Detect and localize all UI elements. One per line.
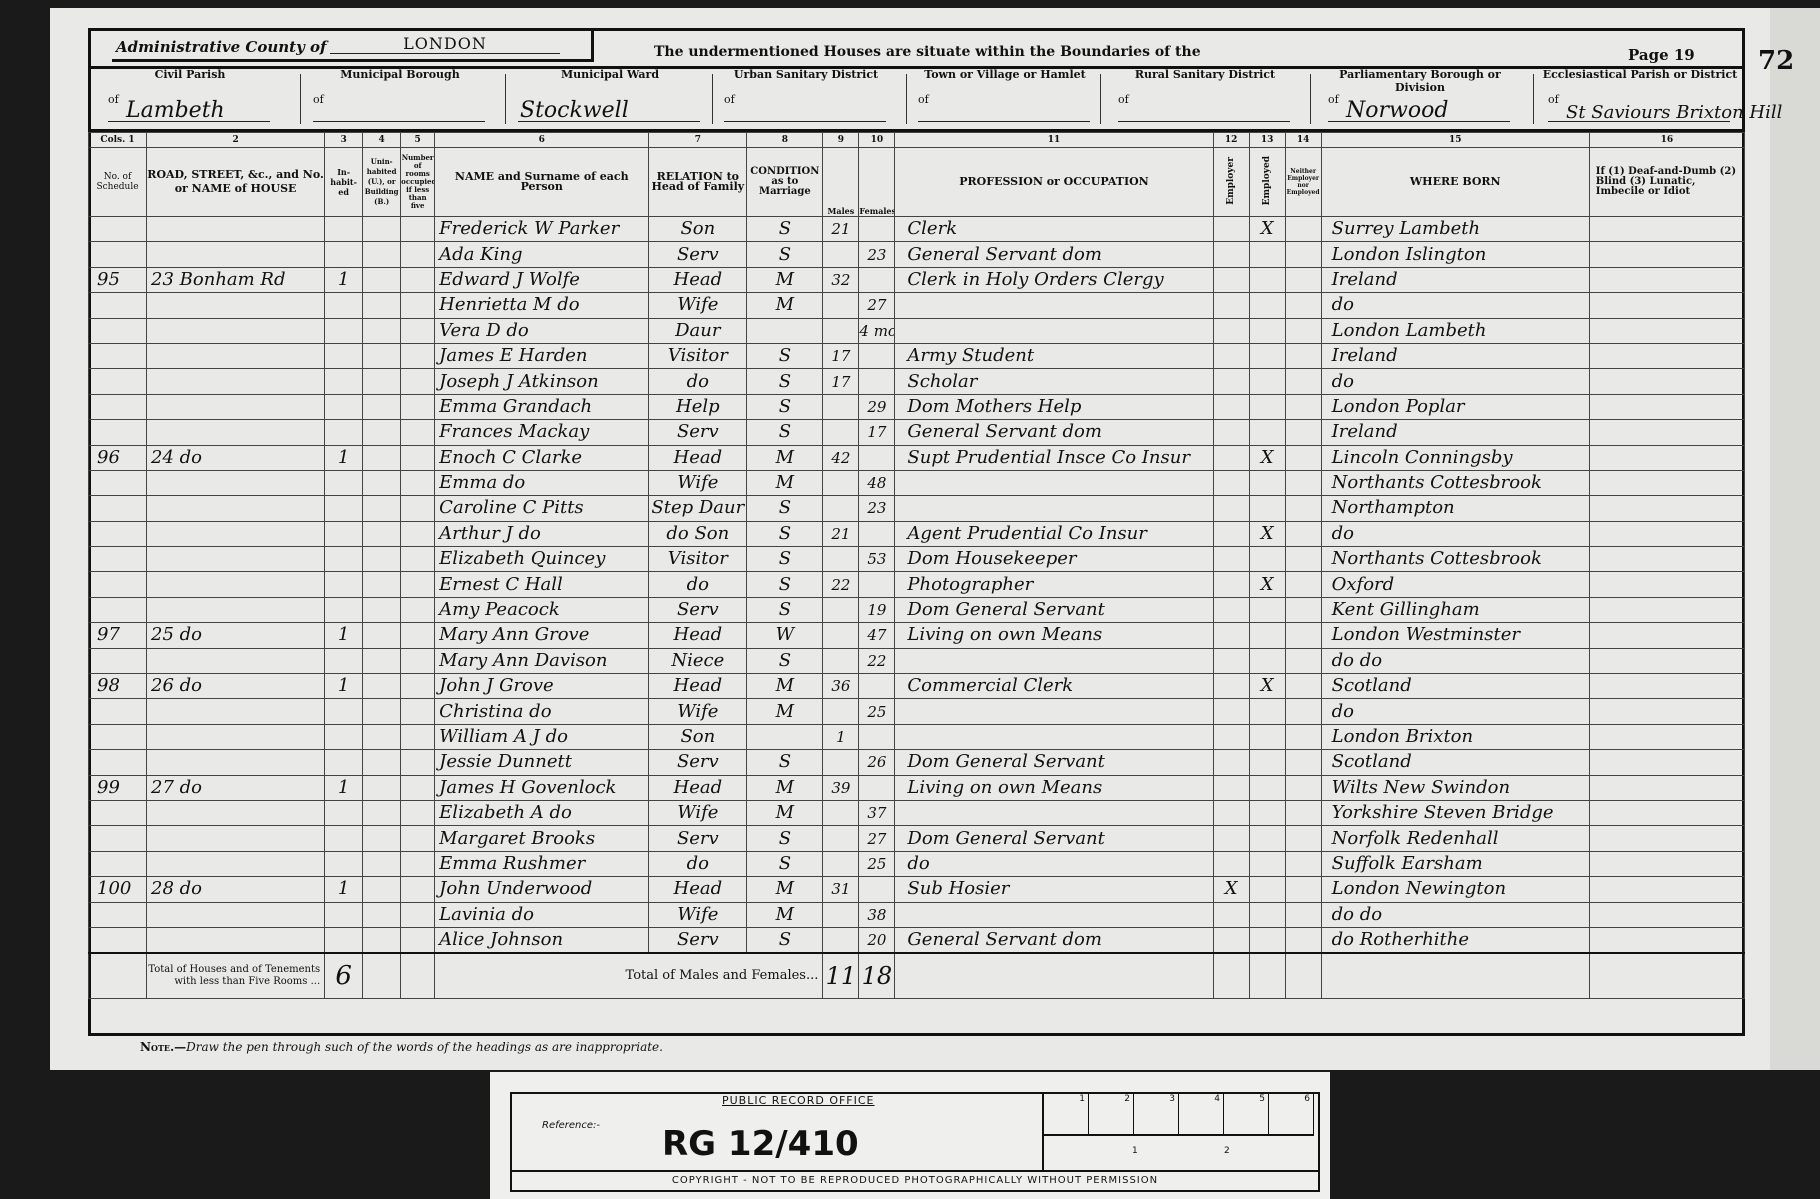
cell-occ: Agent Prudential Co Insur: [895, 521, 1213, 546]
boundaries-heading: The undermentioned Houses are situate wi…: [654, 44, 1201, 60]
cell-empty: [1589, 775, 1744, 800]
cell-c12: [1213, 242, 1249, 267]
cell-occ: [895, 724, 1213, 749]
cell-c13: [1249, 496, 1285, 521]
cell-cond: S: [747, 242, 823, 267]
cell-name: Edward J Wolfe: [435, 267, 649, 292]
page-number: Page 19: [1628, 46, 1695, 64]
cell-c12: [1213, 521, 1249, 546]
table-row: Emma RushmerdoS25doSuffolk Earsham: [89, 851, 1745, 876]
cell-cond: S: [747, 826, 823, 851]
cell-born: Northants Cottesbrook: [1321, 547, 1589, 572]
cell-rel: Serv: [649, 927, 747, 953]
cell-female: 47: [859, 623, 895, 648]
division-ecclesiastical: Ecclesiastical Parish or District ofSt S…: [1540, 68, 1740, 128]
cell-empty: [401, 927, 435, 953]
cell-born: do: [1321, 521, 1589, 546]
cell-male: [823, 496, 859, 521]
cell-sched: [89, 369, 147, 394]
cell-occ: Living on own Means: [895, 623, 1213, 648]
cell-c13: [1249, 242, 1285, 267]
cell-occ: Dom Mothers Help: [895, 394, 1213, 419]
cell-empty: [401, 851, 435, 876]
cell-empty: [363, 800, 401, 825]
cell-empty: [363, 902, 401, 927]
cell-male: [823, 597, 859, 622]
cell-cond: [747, 724, 823, 749]
cell-born: London Westminster: [1321, 623, 1589, 648]
cell-road: [147, 394, 325, 419]
cell-rel: Head: [649, 267, 747, 292]
cell-sched: 99: [89, 775, 147, 800]
cell-inh: [325, 318, 363, 343]
cell-female: [859, 217, 895, 242]
cell-occ: [895, 470, 1213, 495]
cell-empty: [363, 293, 401, 318]
cell-female: 27: [859, 826, 895, 851]
cell-female: [859, 724, 895, 749]
cell-cond: M: [747, 674, 823, 699]
cell-road: [147, 648, 325, 673]
cell-c12: [1213, 648, 1249, 673]
cell-cond: S: [747, 369, 823, 394]
cell-c13: [1249, 597, 1285, 622]
cell-born: do Rotherhithe: [1321, 927, 1589, 953]
cell-female: [859, 775, 895, 800]
cell-empty: [1589, 445, 1744, 470]
cell-female: 53: [859, 547, 895, 572]
cell-born: London Brixton: [1321, 724, 1589, 749]
table-row: Mary Ann DavisonNieceS22do do: [89, 648, 1745, 673]
cell-cond: S: [747, 521, 823, 546]
cell-occ: [895, 699, 1213, 724]
cell-empty: [1589, 623, 1744, 648]
cell-male: [823, 547, 859, 572]
cell-male: 17: [823, 343, 859, 368]
cell-empty: [363, 445, 401, 470]
cell-road: 25 do: [147, 623, 325, 648]
cell-c12: [1213, 826, 1249, 851]
cell-c13: [1249, 394, 1285, 419]
header-road: ROAD, STREET, &c., and No. or NAME of HO…: [147, 148, 325, 217]
cell-c13: [1249, 927, 1285, 953]
cell-sched: [89, 902, 147, 927]
header-where-born: WHERE BORN: [1321, 148, 1589, 217]
cell-road: [147, 318, 325, 343]
cell-c14: [1285, 547, 1321, 572]
cell-born: Wilts New Swindon: [1321, 775, 1589, 800]
cell-c13: [1249, 775, 1285, 800]
table-row: 9725 do1Mary Ann GroveHeadW47Living on o…: [89, 623, 1745, 648]
cell-name: James H Govenlock: [435, 775, 649, 800]
cell-rel: Serv: [649, 826, 747, 851]
cell-rel: Wife: [649, 800, 747, 825]
cell-occ: General Servant dom: [895, 242, 1213, 267]
cell-rel: Visitor: [649, 343, 747, 368]
cell-male: 36: [823, 674, 859, 699]
cell-occ: Dom General Servant: [895, 597, 1213, 622]
header-inhabited: In-habit-ed: [325, 148, 363, 217]
cell-c14: [1285, 750, 1321, 775]
page-margin: [1770, 8, 1820, 1070]
cell-road: [147, 420, 325, 445]
cell-cond: S: [747, 547, 823, 572]
cell-name: Ada King: [435, 242, 649, 267]
municipal-ward-value: Stockwell: [520, 98, 629, 123]
civil-parish-value: Lambeth: [126, 98, 225, 123]
cell-empty: [363, 242, 401, 267]
cell-empty: [401, 496, 435, 521]
cell-female: 26: [859, 750, 895, 775]
table-row: Emma doWifeM48Northants Cottesbrook: [89, 470, 1745, 495]
cell-c14: [1285, 877, 1321, 902]
header-occupation: PROFESSION or OCCUPATION: [895, 148, 1213, 217]
cell-name: Jessie Dunnett: [435, 750, 649, 775]
cell-c12: [1213, 775, 1249, 800]
cell-inh: [325, 572, 363, 597]
division-rural-sanitary: Rural Sanitary District of: [1110, 68, 1300, 128]
cell-rel: Head: [649, 775, 747, 800]
cell-empty: [401, 750, 435, 775]
cell-c14: [1285, 826, 1321, 851]
cell-male: [823, 470, 859, 495]
cell-rel: Serv: [649, 420, 747, 445]
cell-empty: [1589, 293, 1744, 318]
division-parliamentary: Parliamentary Borough or Division ofNorw…: [1320, 68, 1520, 128]
cell-occ: Dom General Servant: [895, 750, 1213, 775]
reference-code: RG 12/410: [662, 1124, 859, 1164]
cell-rel: Help: [649, 394, 747, 419]
cell-empty: [401, 267, 435, 292]
census-table: Cols. 12345 678910 111213141516 No. of S…: [88, 132, 1745, 999]
cell-sched: [89, 927, 147, 953]
cell-cond: M: [747, 699, 823, 724]
cell-c14: [1285, 470, 1321, 495]
cell-sched: [89, 242, 147, 267]
cell-empty: [401, 521, 435, 546]
cell-inh: [325, 470, 363, 495]
cell-cond: S: [747, 648, 823, 673]
cell-c13: [1249, 293, 1285, 318]
cell-male: [823, 394, 859, 419]
ecclesiastical-value: St Saviours Brixton Hill: [1566, 102, 1782, 123]
cell-sched: [89, 496, 147, 521]
table-row: Elizabeth QuinceyVisitorS53Dom Housekeep…: [89, 547, 1745, 572]
cell-female: 20: [859, 927, 895, 953]
cell-road: [147, 217, 325, 242]
cell-female: [859, 369, 895, 394]
cell-occ: do: [895, 851, 1213, 876]
cell-occ: Dom General Servant: [895, 826, 1213, 851]
cell-sched: [89, 217, 147, 242]
copyright-notice: COPYRIGHT - NOT TO BE REPRODUCED PHOTOGR…: [512, 1170, 1318, 1190]
cell-c12: [1213, 369, 1249, 394]
houses-total-label: Total of Houses and of Tenements with le…: [147, 953, 325, 999]
cell-road: 28 do: [147, 877, 325, 902]
cell-inh: [325, 750, 363, 775]
cell-female: 25: [859, 699, 895, 724]
cell-empty: [363, 470, 401, 495]
cell-empty: [1589, 572, 1744, 597]
cell-c12: [1213, 623, 1249, 648]
cell-sched: [89, 470, 147, 495]
table-row: Frances MackayServS17General Servant dom…: [89, 420, 1745, 445]
cell-inh: [325, 800, 363, 825]
cell-sched: 96: [89, 445, 147, 470]
cell-c13: X: [1249, 521, 1285, 546]
cell-name: Emma Rushmer: [435, 851, 649, 876]
cell-empty: [1589, 470, 1744, 495]
header-females: Females: [859, 148, 895, 217]
cell-rel: Serv: [649, 242, 747, 267]
cell-road: [147, 547, 325, 572]
cell-born: London Lambeth: [1321, 318, 1589, 343]
cell-female: [859, 343, 895, 368]
cell-female: 29: [859, 394, 895, 419]
cell-born: Lincoln Conningsby: [1321, 445, 1589, 470]
cell-inh: [325, 851, 363, 876]
cell-empty: [363, 267, 401, 292]
cell-cond: M: [747, 293, 823, 318]
cell-c14: [1285, 927, 1321, 953]
cell-c13: X: [1249, 217, 1285, 242]
cell-male: 1: [823, 724, 859, 749]
cell-name: Joseph J Atkinson: [435, 369, 649, 394]
cell-c12: [1213, 445, 1249, 470]
cell-empty: [401, 572, 435, 597]
cell-empty: [401, 445, 435, 470]
cell-road: [147, 724, 325, 749]
cell-c14: [1285, 674, 1321, 699]
cell-road: [147, 470, 325, 495]
cell-male: [823, 699, 859, 724]
cell-male: [823, 750, 859, 775]
table-row: William A J doSon1London Brixton: [89, 724, 1745, 749]
cell-cond: S: [747, 750, 823, 775]
cell-empty: [363, 343, 401, 368]
totals-row: Total of Houses and of Tenements with le…: [89, 953, 1745, 999]
cell-empty: [1589, 394, 1744, 419]
cell-c14: [1285, 902, 1321, 927]
cell-c13: [1249, 902, 1285, 927]
table-row: Caroline C PittsStep DaurS23Northampton: [89, 496, 1745, 521]
cell-born: Northants Cottesbrook: [1321, 470, 1589, 495]
cell-cond: S: [747, 851, 823, 876]
cell-empty: [1589, 343, 1744, 368]
cell-inh: [325, 826, 363, 851]
cell-name: Elizabeth A do: [435, 800, 649, 825]
cell-name: Arthur J do: [435, 521, 649, 546]
column-number-row: Cols. 12345 678910 111213141516: [89, 133, 1745, 148]
cell-sched: 100: [89, 877, 147, 902]
cell-empty: [1589, 597, 1744, 622]
cell-cond: M: [747, 775, 823, 800]
cell-inh: 1: [325, 267, 363, 292]
cell-inh: [325, 597, 363, 622]
cell-rel: Head: [649, 623, 747, 648]
cell-cond: S: [747, 343, 823, 368]
cell-born: do do: [1321, 648, 1589, 673]
division-civil-parish: Civil Parish ofLambeth: [100, 68, 280, 128]
cell-empty: [1589, 902, 1744, 927]
cell-male: [823, 826, 859, 851]
cell-c12: [1213, 470, 1249, 495]
cell-born: Oxford: [1321, 572, 1589, 597]
cell-empty: [363, 724, 401, 749]
cell-empty: [363, 572, 401, 597]
cell-male: [823, 927, 859, 953]
cell-empty: [363, 851, 401, 876]
table-row: 9523 Bonham Rd1Edward J WolfeHeadM32Cler…: [89, 267, 1745, 292]
cell-occ: Sub Hosier: [895, 877, 1213, 902]
cell-occ: Dom Housekeeper: [895, 547, 1213, 572]
cell-empty: [363, 547, 401, 572]
table-row: Margaret BrooksServS27Dom General Servan…: [89, 826, 1745, 851]
cell-empty: [363, 775, 401, 800]
cell-inh: [325, 902, 363, 927]
cell-male: [823, 648, 859, 673]
cell-sched: [89, 318, 147, 343]
cell-sched: [89, 572, 147, 597]
table-row: Amy PeacockServS19Dom General ServantKen…: [89, 597, 1745, 622]
reference-label: Reference:-: [542, 1120, 600, 1131]
cell-inh: [325, 699, 363, 724]
cell-occ: [895, 648, 1213, 673]
cell-empty: [401, 800, 435, 825]
cell-female: 37: [859, 800, 895, 825]
cell-rel: Daur: [649, 318, 747, 343]
cell-cond: S: [747, 420, 823, 445]
cell-sched: [89, 394, 147, 419]
cell-c12: [1213, 547, 1249, 572]
cell-road: [147, 597, 325, 622]
cell-born: Ireland: [1321, 343, 1589, 368]
header-uninhabited: Unin-habited (U.), or Building (B.): [363, 148, 401, 217]
cell-c13: [1249, 648, 1285, 673]
cell-name: Mary Ann Grove: [435, 623, 649, 648]
cell-rel: Head: [649, 445, 747, 470]
cell-born: Scotland: [1321, 674, 1589, 699]
cell-inh: [325, 648, 363, 673]
table-row: Ada KingServS23General Servant domLondon…: [89, 242, 1745, 267]
cell-born: Surrey Lambeth: [1321, 217, 1589, 242]
cell-sched: [89, 724, 147, 749]
cell-inh: [325, 496, 363, 521]
cell-empty: [1589, 826, 1744, 851]
cell-c12: [1213, 750, 1249, 775]
cell-road: 27 do: [147, 775, 325, 800]
cell-empty: [363, 420, 401, 445]
cell-road: [147, 496, 325, 521]
cell-inh: [325, 547, 363, 572]
cell-c14: [1285, 724, 1321, 749]
cell-name: John J Grove: [435, 674, 649, 699]
cell-empty: [1589, 369, 1744, 394]
division-municipal-borough: Municipal Borough of: [305, 68, 495, 128]
cell-born: do: [1321, 293, 1589, 318]
cell-inh: [325, 420, 363, 445]
cell-cond: M: [747, 445, 823, 470]
cell-born: Suffolk Earsham: [1321, 851, 1589, 876]
cell-road: [147, 699, 325, 724]
cell-inh: [325, 927, 363, 953]
cell-c14: [1285, 369, 1321, 394]
header-rooms: Number of rooms occupied if less than fi…: [401, 148, 435, 217]
cell-name: Emma do: [435, 470, 649, 495]
cell-rel: Son: [649, 217, 747, 242]
cell-rel: do: [649, 572, 747, 597]
cell-male: [823, 420, 859, 445]
cell-female: [859, 267, 895, 292]
cell-occ: Clerk: [895, 217, 1213, 242]
cell-inh: [325, 217, 363, 242]
cell-empty: [401, 902, 435, 927]
cell-cond: S: [747, 927, 823, 953]
table-row: Emma GrandachHelpS29Dom Mothers HelpLond…: [89, 394, 1745, 419]
cell-c12: [1213, 851, 1249, 876]
cell-empty: [363, 826, 401, 851]
cell-empty: [1589, 521, 1744, 546]
pro-reference-label: PUBLIC RECORD OFFICE Reference:- RG 12/4…: [510, 1092, 1320, 1192]
cell-occ: Living on own Means: [895, 775, 1213, 800]
cell-c12: [1213, 267, 1249, 292]
cell-occ: [895, 496, 1213, 521]
cell-inh: 1: [325, 445, 363, 470]
cell-name: John Underwood: [435, 877, 649, 902]
cell-female: [859, 445, 895, 470]
cell-c14: [1285, 217, 1321, 242]
cell-c12: [1213, 724, 1249, 749]
header-schedule: No. of Schedule: [89, 148, 147, 217]
table-row: Henrietta M doWifeM27do: [89, 293, 1745, 318]
header-employer: Employer: [1213, 148, 1249, 217]
cell-name: Frances Mackay: [435, 420, 649, 445]
cell-occ: Clerk in Holy Orders Clergy: [895, 267, 1213, 292]
cell-empty: [1589, 699, 1744, 724]
cell-born: Ireland: [1321, 267, 1589, 292]
cell-name: Alice Johnson: [435, 927, 649, 953]
cell-road: [147, 242, 325, 267]
cell-c14: [1285, 318, 1321, 343]
persons-total-label: Total of Males and Females...: [435, 953, 823, 999]
cell-name: Enoch C Clarke: [435, 445, 649, 470]
cell-empty: [1589, 724, 1744, 749]
cell-c12: [1213, 800, 1249, 825]
cell-female: [859, 674, 895, 699]
cell-road: [147, 826, 325, 851]
cell-female: 4 mon: [859, 318, 895, 343]
cell-c12: [1213, 293, 1249, 318]
cell-empty: [363, 521, 401, 546]
division-urban-sanitary: Urban Sanitary District of: [716, 68, 896, 128]
cell-male: [823, 242, 859, 267]
cell-sched: [89, 648, 147, 673]
cell-c12: [1213, 394, 1249, 419]
table-row: James E HardenVisitorS17Army StudentIrel…: [89, 343, 1745, 368]
cell-c14: [1285, 394, 1321, 419]
cell-empty: [401, 648, 435, 673]
cell-empty: [363, 877, 401, 902]
cell-female: [859, 572, 895, 597]
cell-c12: [1213, 572, 1249, 597]
cell-c13: [1249, 547, 1285, 572]
cell-name: Margaret Brooks: [435, 826, 649, 851]
cell-inh: 1: [325, 775, 363, 800]
cell-rel: Visitor: [649, 547, 747, 572]
cell-c12: X: [1213, 877, 1249, 902]
census-rows: Frederick W ParkerSonS21ClerkXSurrey Lam…: [89, 217, 1745, 954]
cell-c14: [1285, 242, 1321, 267]
